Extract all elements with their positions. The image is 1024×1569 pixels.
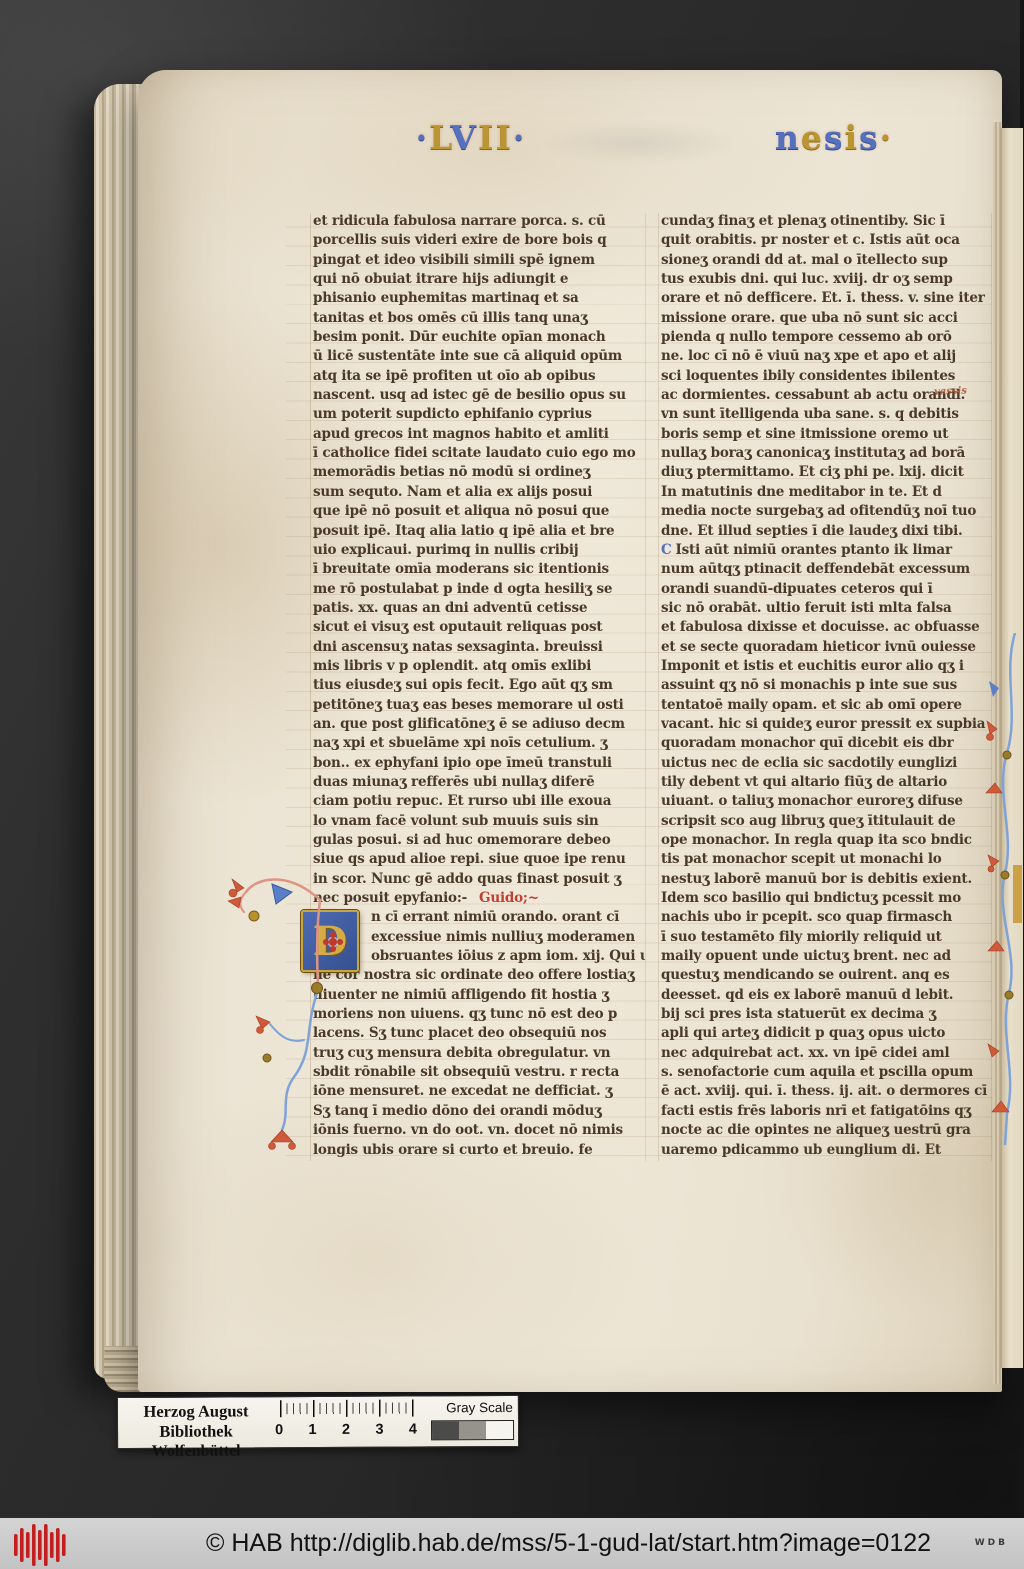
manuscript-line: et fabulosa dixisse et docuisse. ac obfu… — [661, 619, 991, 638]
manuscript-line: apud grecos int magnos habito et amliti — [313, 426, 645, 445]
manuscript-line: ope monachor. In regla quap ita sco bndi… — [661, 832, 991, 851]
manuscript-photograph: ·LVII· nesis· et ridicula fabulosa narra… — [0, 0, 1024, 1569]
manuscript-line: que ipē nō posuit et aliqua nō posui que — [313, 503, 645, 522]
manuscript-line: s. senofactorie cum aquila et pscilla op… — [661, 1064, 991, 1083]
manuscript-line: sic nō orabāt. ultio feruit isti mlta fa… — [661, 600, 991, 619]
manuscript-line: moriens non uiuens. qʒ tunc nō est deo p — [313, 1006, 645, 1025]
manuscript-line: siue qs apud alioe repi. siue quoe ipe r… — [313, 851, 645, 870]
running-header-right: nesis· — [744, 118, 924, 157]
manuscript-line: cundaʒ finaʒ et plenaʒ otinentiby. Sic ī — [661, 213, 991, 232]
manuscript-line: in scor. Nunc gē addo quas finast posuit… — [313, 871, 645, 890]
manuscript-line: ē act. xviij. qui. ī. thess. ij. ait. o … — [661, 1083, 991, 1102]
manuscript-line: ī suo testamēto fily miorily reliquid ut — [661, 929, 991, 948]
manuscript-line: an. que post glificatōneʒ ē se adiuso de… — [313, 716, 645, 735]
manuscript-line: qui nō obuiat itrare hijs adiungit e — [313, 271, 645, 290]
manuscript-line: porcellis suis videri exire de bore bois… — [313, 232, 645, 251]
manuscript-line: sbdit rōnabile sit obsequiū vestru. r re… — [313, 1064, 645, 1083]
ruler: 01234 — [274, 1396, 426, 1447]
hab-logo-icon — [10, 1522, 74, 1566]
manuscript-line: nocte ac die opintes ne aliqueʒ uestrū g… — [661, 1122, 991, 1141]
manuscript-line: iōnis fuerno. vn do oot. vn. docet nō ni… — [313, 1122, 645, 1141]
column-lines: cundaʒ finaʒ et plenaʒ otinentiby. Sic ī… — [661, 213, 991, 542]
manuscript-line: mis libris v p oplendit. atq omīs exlibi — [313, 658, 645, 677]
running-header-left: ·LVII· — [386, 118, 556, 157]
manuscript-line: posuit ipē. Itaq alia latio q ipē alia e… — [313, 523, 645, 542]
manuscript-line: sioneʒ orandi dd at. mal o ītellecto sup — [661, 252, 991, 271]
manuscript-line: uaremo pdicammo ub eunglium di. Et — [661, 1142, 991, 1161]
manuscript-line: quoradam monachor quī dicebit eis dbr — [661, 735, 991, 754]
manuscript-line: quit orabitis. pr noster et c. Istis aūt… — [661, 232, 991, 251]
manuscript-line: sicut ei visuʒ est oputauit reliquas pos… — [313, 619, 645, 638]
gray-scale-label: Gray Scale — [446, 1400, 513, 1415]
show-through-smudge — [540, 122, 740, 164]
manuscript-line: dne. Et illud septies ī die laudeʒ dixi … — [661, 523, 991, 542]
gray-scale-swatches — [432, 1421, 513, 1439]
manuscript-line: missione orare. que uba nō sunt sic acci — [661, 310, 991, 329]
ruler-number: 3 — [375, 1422, 383, 1438]
text-column-left: et ridicula fabulosa narrare porca. s. c… — [310, 213, 646, 1161]
manuscript-line: sci loquentes ibily considentes ibilente… — [661, 368, 991, 387]
manuscript-line: scripsit sco aug libruʒ queʒ ītitulauit … — [661, 813, 991, 832]
manuscript-line: uictus nec de eclia sic sacdotily eungli… — [661, 755, 991, 774]
manuscript-line: In matutinis dne meditabor in te. Et d — [661, 484, 991, 503]
column-lines: ne cor nostra sic ordinate deo offere lo… — [313, 967, 645, 1160]
manuscript-line: vacant. hic si quideʒ euror pressit ex s… — [661, 716, 991, 735]
wdb-watermark: WDB — [975, 1538, 1008, 1548]
text-column-right: cundaʒ finaʒ et plenaʒ otinentiby. Sic ī… — [658, 213, 992, 1161]
rubric-guido: Guido;~ — [479, 890, 539, 906]
ruler-number: 2 — [342, 1422, 350, 1438]
manuscript-line: maily opuent unde uictuʒ brent. nec ad — [661, 948, 991, 967]
manuscript-line: lacens. Sʒ tunc placet deo obsequiū nos — [313, 1025, 645, 1044]
manuscript-line: ne cor nostra sic ordinate deo offere lo… — [313, 967, 645, 986]
manuscript-line: truʒ cuʒ mensura debita obregulatur. vn — [313, 1045, 645, 1064]
gray-swatch — [459, 1421, 486, 1439]
manuscript-line: naʒ xpi et sbuelāme xpi noīs cetulium. ʒ — [313, 735, 645, 754]
manuscript-line: Idem sco basilio qui bndictuʒ pcessit mo — [661, 890, 991, 909]
manuscript-line: Sʒ tanq ī medio dōno dei orandi mōduʒ — [313, 1103, 645, 1122]
manuscript-line: memorādis betias nō modū si ordineʒ — [313, 464, 645, 483]
manuscript-line: ī breuitate omīa moderans sic itentionis — [313, 561, 645, 580]
manuscript-line: lo vnam facē volunt sub muuis suis sin — [313, 813, 645, 832]
manuscript-line: ū licē sustentāte inte sue cā aliquid op… — [313, 348, 645, 367]
manuscript-line: obsruantes iōius z apm iom. xij. Qui uul… — [313, 948, 645, 967]
column-lines: num aūtqʒ ptinacit deffendebāt excessumo… — [661, 561, 991, 1161]
manuscript-line: diuʒ ptermittamo. Et ciʒ phi pe. lxij. d… — [661, 464, 991, 483]
manuscript-line: et ridicula fabulosa narrare porca. s. c… — [313, 213, 645, 232]
manuscript-line: sum sequto. Nam et alia ex alijs posui — [313, 484, 645, 503]
manuscript-line: bon.. ex ephyfani ipio ope īmeū transtul… — [313, 755, 645, 774]
manuscript-line: media nocte surgebaʒ ad ofitendūʒ noī tu… — [661, 503, 991, 522]
manuscript-line: tanitas et bos omēs cū illis tanq unaʒ — [313, 310, 645, 329]
penwork-flourish — [220, 862, 340, 1162]
manuscript-line: apli qui arteʒ didicit p quaʒ opus uicto — [661, 1025, 991, 1044]
manuscript-line: nachis ubo ir pcepit. sco quap firmasch — [661, 909, 991, 928]
manuscript-line: tus exubis dni. qui luc. xviij. dr oʒ se… — [661, 271, 991, 290]
manuscript-line: um poterit supdicto ephifanio cyprius — [313, 406, 645, 425]
manuscript-line: ne. loc cī nō ē viuū naʒ xpe et apo et a… — [661, 348, 991, 367]
manuscript-line: tius eiusdeʒ sui opis fecit. Ego aūt qʒ … — [313, 677, 645, 696]
manuscript-line: questuʒ mendicando se ouirent. anq es — [661, 967, 991, 986]
manuscript-line: et se secte quoradam hieticor ivnū ouies… — [661, 639, 991, 658]
calibration-bar: Herzog August Bibliothek Wolfenbüttel 01… — [117, 1395, 519, 1449]
marginal-note: vassis — [934, 385, 967, 397]
manuscript-line: pienda q nullo tempore cessemo ab orō — [661, 329, 991, 348]
manuscript-line: tentatoē maily opam. et sic ab omī opere — [661, 697, 991, 716]
gray-swatch — [486, 1421, 513, 1439]
manuscript-line: facti estis frēs laboris nrī et fatigatō… — [661, 1103, 991, 1122]
paragraph-mark-line: CIsti aūt nimiū orantes ptanto ik limar — [661, 542, 991, 561]
copyright-url: © HAB http://diglib.hab.de/mss/5-1-gud-l… — [206, 1529, 931, 1558]
manuscript-line: boris semp et sine itmissione oremo ut — [661, 426, 991, 445]
manuscript-line: assuint qʒ nō si monachis p inte sue sus — [661, 677, 991, 696]
manuscript-line: me rō postulabat p inde d ogta hesiliʒ s… — [313, 581, 645, 600]
manuscript-line: num aūtqʒ ptinacit deffendebāt excessum — [661, 561, 991, 580]
manuscript-line: uio explicaui. purimq in nullis cribij — [313, 542, 645, 561]
ruler-numbers: 01234 — [275, 1421, 417, 1438]
gray-swatch — [432, 1421, 459, 1439]
manuscript-line: duas miunaʒ refferēs ubi nullaʒ diferē — [313, 774, 645, 793]
ruler-number: 0 — [275, 1422, 283, 1438]
manuscript-line: tis pat monachor scepit ut monachi lo — [661, 851, 991, 870]
column-lines-beside-initial: n cī errant nimiū orando. orant cīexcess… — [313, 909, 645, 967]
manuscript-line: Imponit et istis et euchitis euror alio … — [661, 658, 991, 677]
blue-paragraph-mark: C — [661, 542, 672, 558]
manuscript-line: phisanio euphemitas martinaq et sa — [313, 290, 645, 309]
manuscript-line: orandi suandū-dipuates ceteros qui ī — [661, 581, 991, 600]
manuscript-line: petitōneʒ tuaʒ eas beses memorare ul ost… — [313, 697, 645, 716]
manuscript-line: excessiue nimis nulliuʒ moderamen — [313, 929, 645, 948]
manuscript-line: nestuʒ laborē manuū bor is debitis exien… — [661, 871, 991, 890]
manuscript-line: ī catholice fidei scitate laudato cuio e… — [313, 445, 645, 464]
institution-city: Wolfenbüttel — [118, 1441, 274, 1461]
institution-name: Herzog August Bibliothek — [118, 1401, 274, 1442]
manuscript-line: nec adquirebat act. xx. vn ipē cidei aml — [661, 1045, 991, 1064]
rubric-line: nec posuit epyfanio:-Guido;~ — [313, 890, 645, 909]
floral-border-decoration — [985, 633, 1023, 1145]
manuscript-line: nascent. usq ad istec gē de besilio opus… — [313, 387, 645, 406]
manuscript-line: deesset. qd eis ex laborē manuū d lebit. — [661, 987, 991, 1006]
manuscript-line: vn sunt ītelligenda uba sane. s. q debit… — [661, 406, 991, 425]
manuscript-line: Isti aūt nimiū orantes ptanto ik limar — [676, 542, 952, 558]
manuscript-line: ciam potiu repuc. Et rurso ubi ille exou… — [313, 793, 645, 812]
manuscript-line: n cī errant nimiū orando. orant cī — [313, 909, 645, 928]
institution-label: Herzog August Bibliothek Wolfenbüttel — [118, 1397, 274, 1448]
gray-scale: Gray Scale — [426, 1396, 518, 1446]
manuscript-line: pingat et ideo visibili simili spē ignem — [313, 252, 645, 271]
manuscript-line: uiuenter ne nimiū affligendo fit hostia … — [313, 987, 645, 1006]
manuscript-line: dni ascensuʒ natas sexsaginta. breuissi — [313, 639, 645, 658]
manuscript-line: nullaʒ boraʒ canonicaʒ institutaʒ ad bor… — [661, 445, 991, 464]
column-lines: et ridicula fabulosa narrare porca. s. c… — [313, 213, 645, 890]
ruler-number: 4 — [409, 1421, 417, 1437]
manuscript-line: orare et nō defficere. Et. ī. thess. v. … — [661, 290, 991, 309]
manuscript-line: atq ita se ipē profiten ut oīo ab opibus — [313, 368, 645, 387]
footer-bar: © HAB http://diglib.hab.de/mss/5-1-gud-l… — [0, 1518, 1024, 1569]
manuscript-line: patis. xx. quas an dni adventū cetisse — [313, 600, 645, 619]
manuscript-line: gulas posui. si ad huc omemorare debeo — [313, 832, 645, 851]
manuscript-line: iōne mensuret. ne excedat ne defficiat. … — [313, 1083, 645, 1102]
manuscript-line: uiuant. o taliuʒ monachor euroreʒ difuse — [661, 793, 991, 812]
illuminated-initial-block: D n cī errant nimiū orando. orant cīexce… — [313, 909, 645, 967]
ruler-number: 1 — [308, 1422, 316, 1438]
manuscript-line: bij sci pres ista statuerūt ex decima ʒ — [661, 1006, 991, 1025]
manuscript-line: besim ponit. Dūr euchite opīan monach — [313, 329, 645, 348]
manuscript-page: ·LVII· nesis· et ridicula fabulosa narra… — [138, 70, 1002, 1392]
manuscript-line: tily debent vt qui altario fiūʒ de altar… — [661, 774, 991, 793]
manuscript-line: longis ubis orare si curto et breuio. fe — [313, 1142, 645, 1161]
next-page-edge — [1000, 128, 1023, 1368]
ruler-major-ticks — [280, 1399, 418, 1417]
